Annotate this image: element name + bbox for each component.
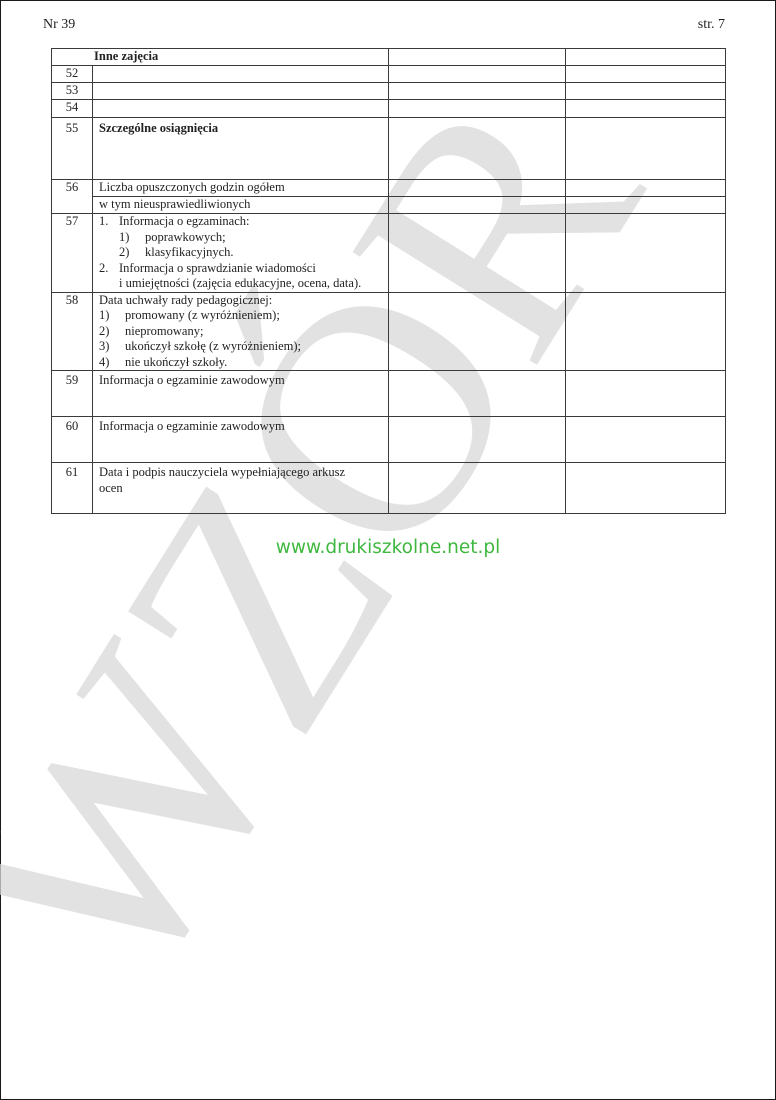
value-cell[interactable] — [566, 197, 726, 214]
label-cell[interactable] — [93, 100, 389, 118]
list-item: 1. Informacja o egzaminach: — [99, 214, 382, 230]
section-title: Inne zajęcia — [52, 49, 389, 66]
row-number: 60 — [52, 417, 93, 463]
label-teacher-signature: Data i podpis nauczyciela wypełniającego… — [93, 463, 389, 514]
value-cell[interactable] — [389, 292, 566, 371]
table-subrow: w tym nieusprawiedliwionych — [52, 197, 726, 214]
label-cell[interactable] — [93, 83, 389, 100]
label-exam-info: 1. Informacja o egzaminach: 1) poprawkow… — [93, 214, 389, 293]
table-row: 57 1. Informacja o egzaminach: 1) popraw… — [52, 214, 726, 293]
table-row: 61 Data i podpis nauczyciela wypełniając… — [52, 463, 726, 514]
value-cell[interactable] — [566, 292, 726, 371]
label-council-resolution: Data uchwały rady pedagogicznej: 1) prom… — [93, 292, 389, 371]
value-cell[interactable] — [389, 83, 566, 100]
list-subitem: 1) poprawkowych; — [99, 230, 382, 246]
value-cell[interactable] — [566, 417, 726, 463]
table-row: 56 Liczba opuszczonych godzin ogółem — [52, 180, 726, 197]
list-item-continuation: i umiejętności (zajęcia edukacyjne, ocen… — [99, 276, 382, 292]
value-cell[interactable] — [566, 371, 726, 417]
value-cell[interactable] — [566, 66, 726, 83]
label-cell[interactable] — [93, 66, 389, 83]
section-header-row: Inne zajęcia — [52, 49, 726, 66]
value-cell[interactable] — [389, 463, 566, 514]
page-number: str. 7 — [698, 17, 725, 33]
row-number: 52 — [52, 66, 93, 83]
value-cell[interactable] — [389, 49, 566, 66]
value-cell[interactable] — [389, 371, 566, 417]
row-number: 58 — [52, 292, 93, 371]
document-number: Nr 39 — [43, 17, 75, 33]
value-cell[interactable] — [566, 214, 726, 293]
value-cell[interactable] — [389, 66, 566, 83]
value-cell[interactable] — [389, 214, 566, 293]
value-cell[interactable] — [566, 100, 726, 118]
row-number: 55 — [52, 118, 93, 180]
value-cell[interactable] — [566, 118, 726, 180]
label-unexcused-hours: w tym nieusprawiedliwionych — [93, 197, 389, 214]
value-cell[interactable] — [389, 180, 566, 197]
label-vocational-exam: Informacja o egzaminie zawodowym — [93, 371, 389, 417]
row-number: 57 — [52, 214, 93, 293]
table-row: 55 Szczególne osiągnięcia — [52, 118, 726, 180]
table-row: 58 Data uchwały rady pedagogicznej: 1) p… — [52, 292, 726, 371]
list-item: 2. Informacja o sprawdzianie wiadomości — [99, 261, 382, 277]
value-cell[interactable] — [389, 100, 566, 118]
website-link[interactable]: www.drukiszkolne.net.pl — [0, 537, 776, 558]
label-special-achievements: Szczególne osiągnięcia — [93, 118, 389, 180]
value-cell[interactable] — [389, 197, 566, 214]
label-vocational-exam: Informacja o egzaminie zawodowym — [93, 417, 389, 463]
list-subitem: 3) ukończył szkołę (z wyróżnieniem); — [99, 339, 382, 355]
list-subitem: 1) promowany (z wyróżnieniem); — [99, 308, 382, 324]
list-subitem: 2) niepromowany; — [99, 324, 382, 340]
value-cell[interactable] — [566, 463, 726, 514]
row-number: 61 — [52, 463, 93, 514]
list-subitem: 4) nie ukończył szkoły. — [99, 355, 382, 371]
row-number: 54 — [52, 100, 93, 118]
row-number: 53 — [52, 83, 93, 100]
value-cell[interactable] — [566, 83, 726, 100]
label-missed-hours: Liczba opuszczonych godzin ogółem — [93, 180, 389, 197]
table-row: 59 Informacja o egzaminie zawodowym — [52, 371, 726, 417]
value-cell[interactable] — [389, 118, 566, 180]
table-row: 52 — [52, 66, 726, 83]
table-row: 54 — [52, 100, 726, 118]
row-number: 56 — [52, 180, 93, 214]
table-row: 53 — [52, 83, 726, 100]
value-cell[interactable] — [566, 49, 726, 66]
table-row: 60 Informacja o egzaminie zawodowym — [52, 417, 726, 463]
value-cell[interactable] — [566, 180, 726, 197]
row-number: 59 — [52, 371, 93, 417]
list-subitem: 2) klasyfikacyjnych. — [99, 245, 382, 261]
grades-form-table: Inne zajęcia 52 53 54 55 Szczególne osią… — [51, 48, 726, 514]
value-cell[interactable] — [389, 417, 566, 463]
